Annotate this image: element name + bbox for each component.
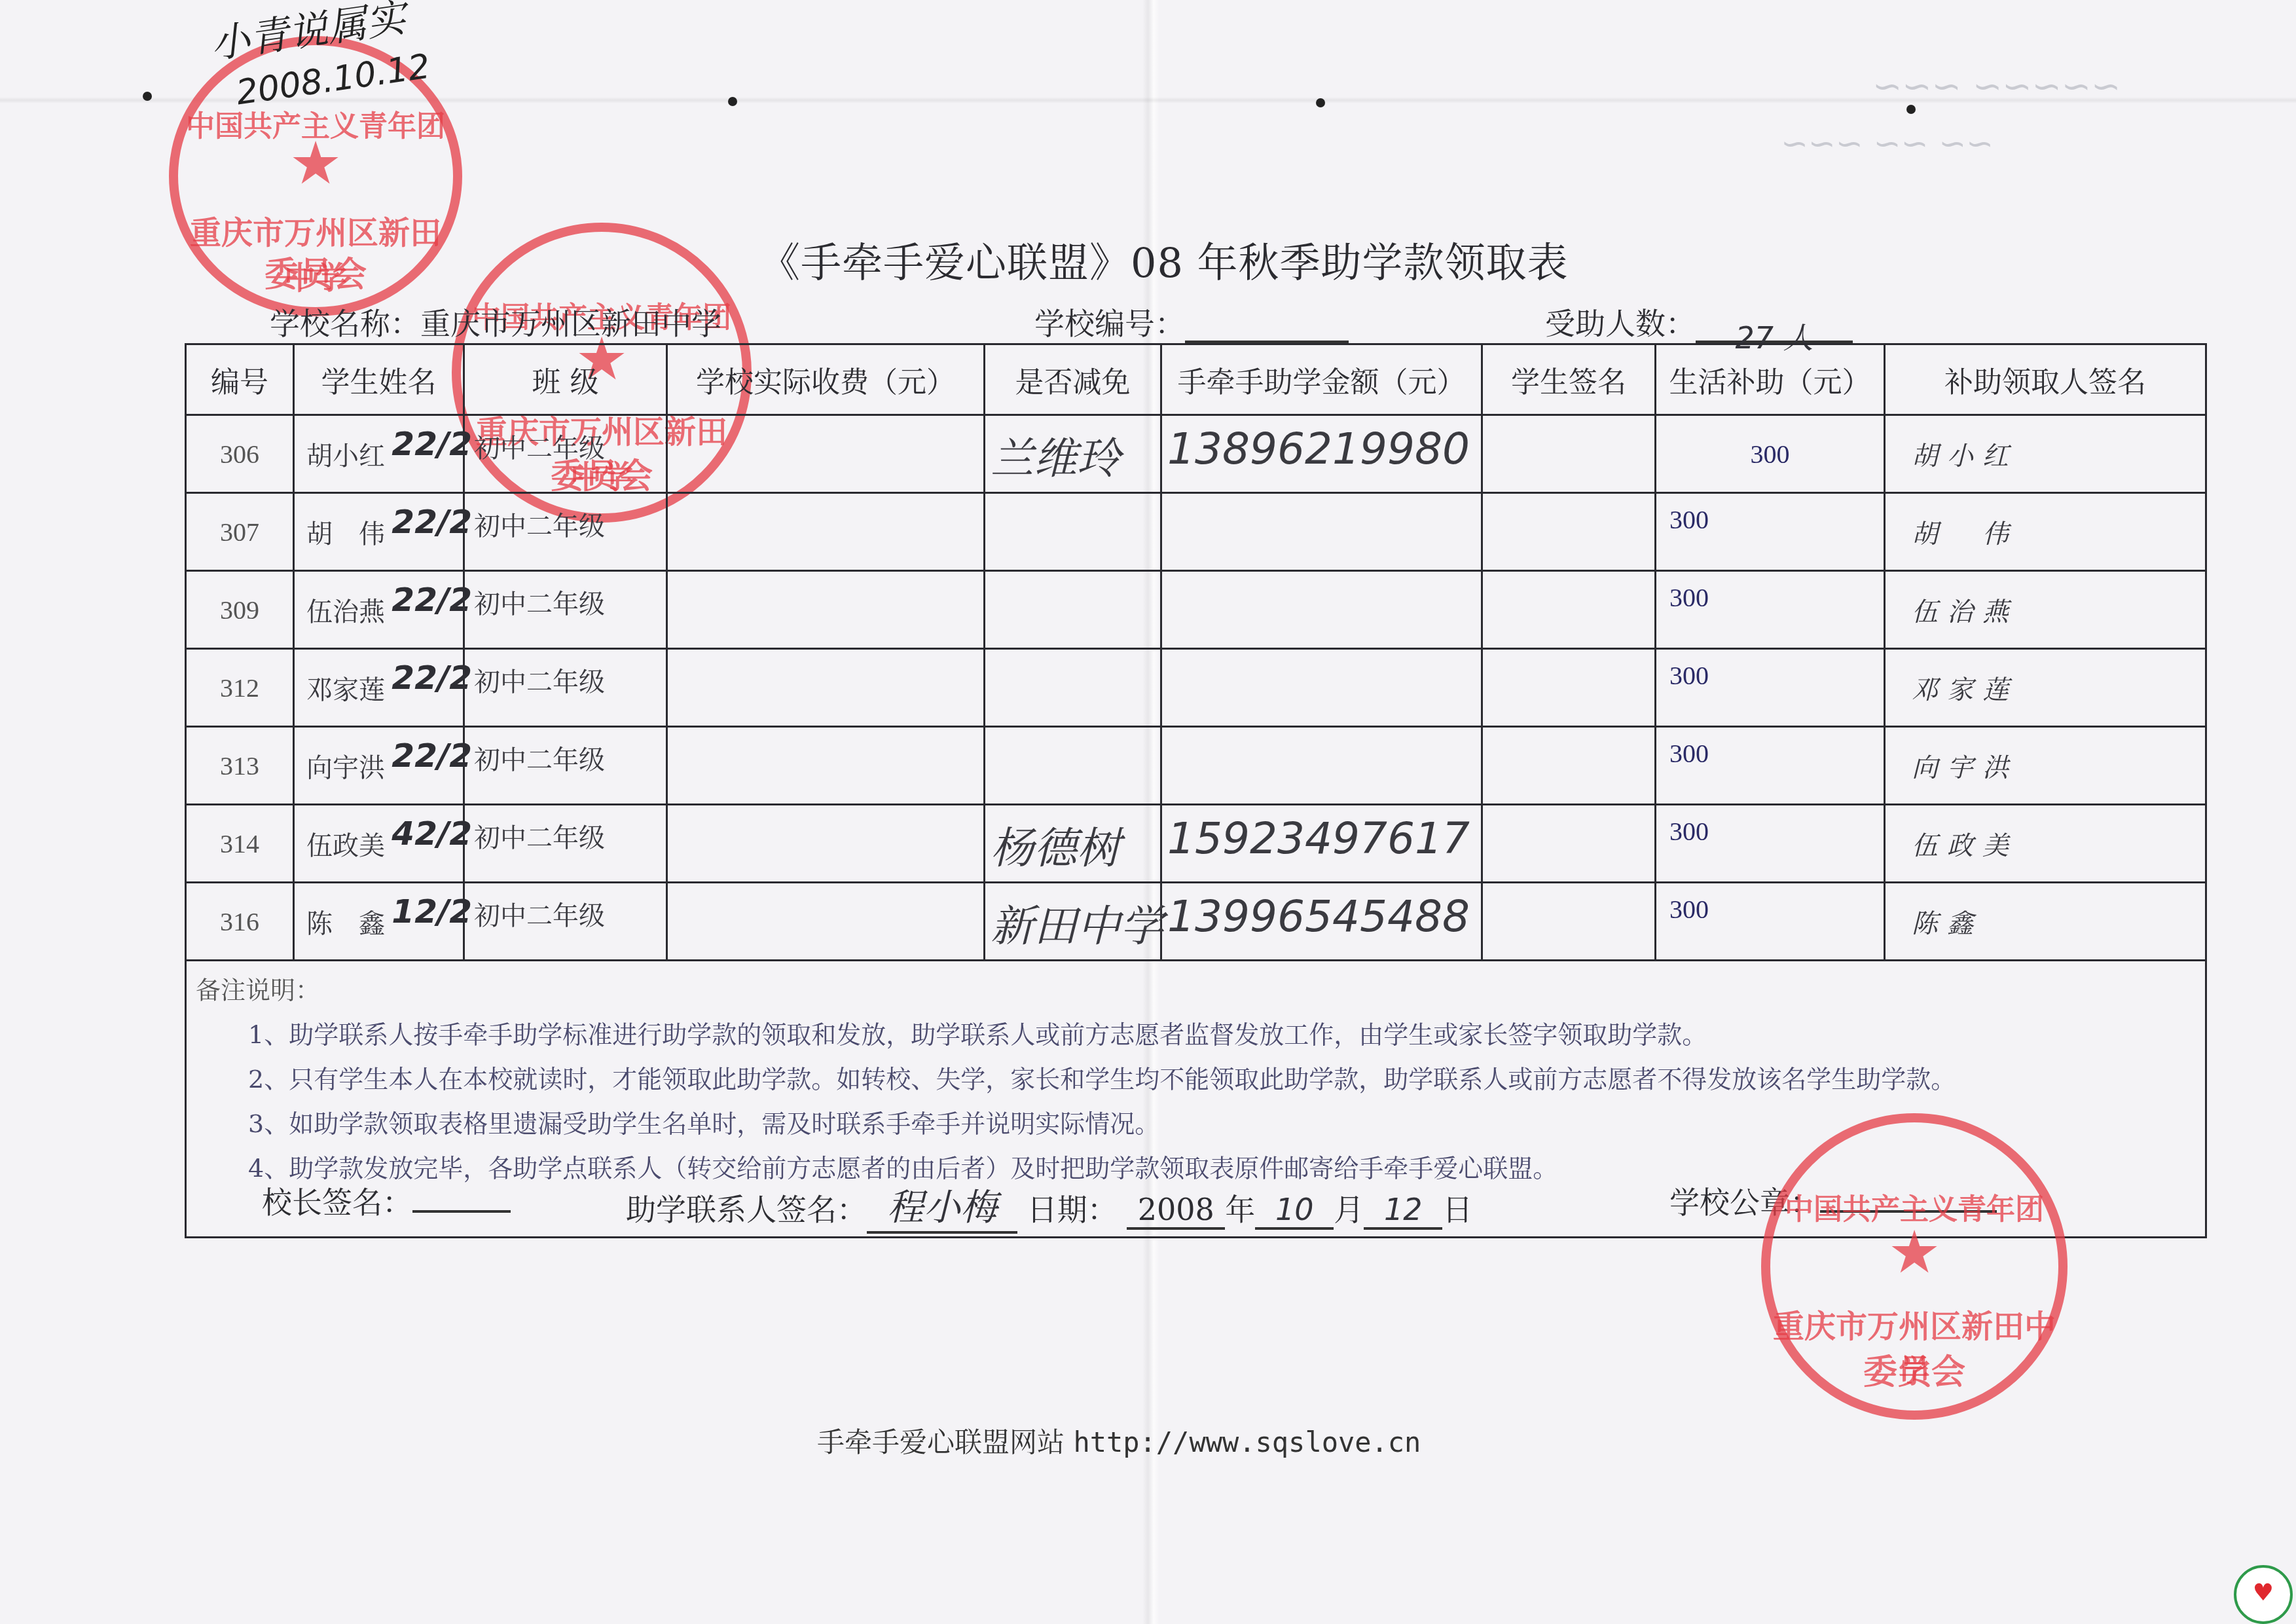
student-grade: 初中二年级 — [464, 883, 667, 961]
column-header: 生活补助（元） — [1656, 344, 1885, 415]
document-title: 《手牵手爱心联盟》08 年秋季助学款领取表 — [759, 231, 1569, 289]
student-grade: 初中二年级 — [464, 571, 667, 649]
student-signature — [1482, 415, 1656, 493]
living-subsidy: 300 — [1656, 493, 1885, 571]
receiver-signature: 胡 伟 — [1885, 493, 2206, 571]
receiver-signature-text: 邓家莲 — [1912, 675, 2018, 705]
student-name-text: 邓家莲 — [306, 675, 385, 705]
student-signature — [1482, 727, 1656, 805]
date-year: 2008 — [1127, 1192, 1225, 1230]
student-name-text: 胡 伟 — [306, 519, 385, 549]
student-number: 309 — [186, 571, 294, 649]
star-icon: ★ — [1888, 1218, 1941, 1287]
living-subsidy-text: 300 — [1669, 817, 1709, 846]
student-signature — [1482, 571, 1656, 649]
living-subsidy: 300 — [1656, 571, 1885, 649]
date-month: 10 — [1255, 1192, 1334, 1230]
receiver-signature: 向宇洪 — [1885, 727, 2206, 805]
column-header: 补助领取人签名 — [1885, 344, 2206, 415]
student-number-text: 309 — [220, 595, 259, 625]
living-subsidy-text: 300 — [1669, 661, 1709, 690]
living-subsidy-text: 300 — [1669, 583, 1709, 612]
column-header: 班 级 — [464, 344, 667, 415]
table-header-row: 编号 学生姓名 班 级 学校实际收费（元） 是否减免 手牵手助学金额（元） 学生… — [186, 344, 2206, 415]
fee-waiver — [985, 649, 1161, 727]
aid-amount: 15923497617 — [1161, 805, 1482, 883]
notes-label: 备注说明： — [196, 968, 2196, 1012]
handwritten-contact-name: 杨德树 — [991, 813, 1120, 876]
column-header: 学生姓名 — [294, 344, 464, 415]
student-name: 伍治燕22/2 — [294, 571, 464, 649]
student-name: 胡 伟22/2 — [294, 493, 464, 571]
student-number-text: 307 — [220, 517, 259, 547]
column-header: 手牵手助学金额（元） — [1161, 344, 1482, 415]
student-name-text: 伍治燕 — [306, 597, 385, 627]
school-code-value — [1185, 314, 1349, 343]
school-fee — [667, 805, 985, 883]
aid-amount — [1161, 649, 1482, 727]
table-row: 307胡 伟22/2初中二年级300胡 伟 — [186, 493, 2206, 571]
student-grade: 初中二年级 — [464, 805, 667, 883]
recipients-field: 受助人数：27 人 — [1545, 300, 1853, 343]
school-name-value: 重庆市万州区新田中学 — [420, 306, 721, 341]
school-fee — [667, 727, 985, 805]
student-number-text: 316 — [220, 907, 259, 936]
receiver-signature: 胡小红 — [1885, 415, 2206, 493]
living-subsidy: 300 — [1656, 415, 1885, 493]
bleed-through-text: ~~ ~~ ~~~ — [1781, 124, 1994, 162]
living-subsidy-text: 300 — [1751, 439, 1790, 469]
fee-waiver: 新田中学 — [985, 883, 1161, 961]
student-name: 伍政美42/2 — [294, 805, 464, 883]
receiver-signature-text: 胡小红 — [1912, 441, 2018, 471]
student-grade: 初中二年级 — [464, 649, 667, 727]
school-code-field: 学校编号： — [1034, 300, 1349, 343]
handwritten-contact-name: 兰维玲 — [991, 424, 1120, 486]
school-name-label: 学校名称： — [270, 306, 420, 341]
school-fee — [667, 883, 985, 961]
table-row: 312邓家莲22/2初中二年级300邓家莲 — [186, 649, 2206, 727]
handwritten-mark: 42/2 — [392, 815, 472, 853]
student-grade-text: 初中二年级 — [474, 511, 605, 542]
table-row: 309伍治燕22/2初中二年级300伍治燕 — [186, 571, 2206, 649]
living-subsidy: 300 — [1656, 805, 1885, 883]
handwritten-mark: 12/2 — [392, 893, 472, 931]
living-subsidy-text: 300 — [1669, 739, 1709, 768]
handwritten-mark: 22/2 — [392, 425, 472, 463]
student-name: 向宇洪22/2 — [294, 727, 464, 805]
footer-url[interactable]: http://www.sqslove.cn — [1073, 1426, 1421, 1458]
receiver-signature: 伍政美 — [1885, 805, 2206, 883]
column-header: 学校实际收费（元） — [667, 344, 985, 415]
student-name: 邓家莲22/2 — [294, 649, 464, 727]
fee-waiver — [985, 493, 1161, 571]
student-grade-text: 初中二年级 — [474, 589, 605, 619]
date-day: 12 — [1364, 1192, 1442, 1230]
student-name-text: 伍政美 — [306, 831, 385, 861]
stamp-text: 委员会 — [1770, 1344, 2058, 1393]
contact-signature-field: 助学联系人签名：程小梅 日期： 2008年10月12日 — [626, 1179, 1472, 1234]
handwritten-contact-phone: 15923497617 — [1167, 813, 1470, 864]
table-row: 314伍政美42/2初中二年级杨德树15923497617300伍政美 — [186, 805, 2206, 883]
day-unit: 日 — [1442, 1192, 1472, 1227]
receiver-signature-text: 伍治燕 — [1912, 597, 2018, 627]
school-fee — [667, 493, 985, 571]
student-number: 313 — [186, 727, 294, 805]
punch-hole — [143, 92, 152, 101]
bleed-through-text: ~~~~~ ~~~ — [1872, 65, 2121, 107]
contact-label: 助学联系人签名： — [626, 1192, 867, 1227]
student-signature — [1482, 649, 1656, 727]
student-number-text: 306 — [220, 439, 259, 469]
handwritten-mark: 22/2 — [392, 737, 472, 775]
aid-amount — [1161, 493, 1482, 571]
handwritten-mark: 22/2 — [392, 659, 472, 697]
handwritten-mark: 22/2 — [392, 503, 472, 541]
punch-hole — [1316, 98, 1325, 107]
student-grade: 初中二年级 — [464, 727, 667, 805]
receiver-signature: 陈鑫 — [1885, 883, 2206, 961]
school-fee — [667, 415, 985, 493]
note-item: 1、助学联系人按手牵手助学标准进行助学款的领取和发放，助学联系人或前方志愿者监督… — [196, 1012, 2196, 1057]
receiver-signature: 伍治燕 — [1885, 571, 2206, 649]
handwritten-contact-phone: 13996545488 — [1167, 891, 1470, 942]
heart-icon: ♥ — [2253, 1579, 2274, 1606]
principal-signature — [412, 1210, 511, 1213]
student-signature — [1482, 805, 1656, 883]
receiver-signature-text: 伍政美 — [1912, 831, 2018, 861]
school-code-label: 学校编号： — [1034, 306, 1185, 341]
stamp-text: 委员会 — [178, 247, 453, 296]
handwritten-contact-name: 新田中学 — [991, 891, 1163, 953]
column-header: 是否减免 — [985, 344, 1161, 415]
student-number: 314 — [186, 805, 294, 883]
school-fee — [667, 571, 985, 649]
punch-hole — [728, 97, 737, 106]
student-name-text: 胡小红 — [306, 441, 385, 471]
column-header: 学生签名 — [1482, 344, 1656, 415]
student-grade-text: 初中二年级 — [474, 745, 605, 775]
student-name-text: 陈 鑫 — [306, 909, 385, 939]
student-grade-text: 初中二年级 — [474, 667, 605, 697]
student-name: 胡小红22/2 — [294, 415, 464, 493]
student-number-text: 312 — [220, 673, 259, 703]
aid-amount — [1161, 571, 1482, 649]
aid-amount: 13996545488 — [1161, 883, 1482, 961]
student-signature — [1482, 883, 1656, 961]
receiver-signature-text: 向宇洪 — [1912, 753, 2018, 783]
student-signature — [1482, 493, 1656, 571]
student-number-text: 314 — [220, 829, 259, 858]
fee-waiver: 兰维玲 — [985, 415, 1161, 493]
year-unit: 年 — [1225, 1192, 1255, 1227]
official-stamp: 中国共产主义青年团 ★ 重庆市万州区新田中学 委员会 — [1761, 1113, 2068, 1420]
student-grade-text: 初中二年级 — [474, 901, 605, 931]
month-unit: 月 — [1334, 1192, 1364, 1227]
student-grade-text: 初中二年级 — [474, 823, 605, 853]
receiver-signature-text: 陈鑫 — [1912, 909, 1982, 939]
fee-waiver — [985, 727, 1161, 805]
student-grade: 初中二年级 — [464, 493, 667, 571]
fee-waiver: 杨德树 — [985, 805, 1161, 883]
living-subsidy: 300 — [1656, 883, 1885, 961]
student-number: 307 — [186, 493, 294, 571]
aid-amount: 13896219980 — [1161, 415, 1482, 493]
star-icon: ★ — [289, 129, 342, 198]
living-subsidy-text: 300 — [1669, 895, 1709, 924]
living-subsidy: 300 — [1656, 649, 1885, 727]
principal-label: 校长签名： — [262, 1185, 412, 1220]
receiver-signature: 邓家莲 — [1885, 649, 2206, 727]
footer-site-label: 手牵手爱心联盟网站 — [817, 1426, 1065, 1458]
principal-signature-field: 校长签名： — [262, 1179, 511, 1222]
aid-amount — [1161, 727, 1482, 805]
handwritten-mark: 22/2 — [392, 581, 472, 619]
table-row: 313向宇洪22/2初中二年级300向宇洪 — [186, 727, 2206, 805]
date-label: 日期： — [1027, 1192, 1118, 1227]
fee-waiver — [985, 571, 1161, 649]
table-row: 316陈 鑫12/2初中二年级新田中学13996545488300陈鑫 — [186, 883, 2206, 961]
contact-signature: 程小梅 — [867, 1179, 1017, 1234]
student-number: 316 — [186, 883, 294, 961]
aid-receipt-table: 编号 学生姓名 班 级 学校实际收费（元） 是否减免 手牵手助学金额（元） 学生… — [185, 343, 2207, 1238]
student-number: 312 — [186, 649, 294, 727]
footer: 手牵手爱心联盟网站 http://www.sqslove.cn — [817, 1421, 1421, 1460]
column-header: 编号 — [186, 344, 294, 415]
living-subsidy: 300 — [1656, 727, 1885, 805]
living-subsidy-text: 300 — [1669, 505, 1709, 534]
heart-hands-logo-icon: ♥ — [2234, 1565, 2293, 1624]
receiver-signature-text: 胡 伟 — [1912, 519, 2018, 549]
student-grade-text: 初中二年级 — [474, 434, 605, 464]
recipients-count: 27 人 — [1696, 314, 1853, 343]
student-name: 陈 鑫12/2 — [294, 883, 464, 961]
school-fee — [667, 649, 985, 727]
student-name-text: 向宇洪 — [306, 753, 385, 783]
student-number-text: 313 — [220, 751, 259, 781]
school-name-field: 学校名称：重庆市万州区新田中学 — [270, 300, 721, 343]
note-item: 2、只有学生本人在本校就读时，才能领取此助学款。如转校、失学，家长和学生均不能领… — [196, 1057, 2196, 1101]
table-row: 306胡小红22/2初中二年级兰维玲13896219980300胡小红 — [186, 415, 2206, 493]
handwritten-contact-phone: 13896219980 — [1167, 424, 1470, 474]
student-grade: 初中二年级 — [464, 415, 667, 493]
student-number: 306 — [186, 415, 294, 493]
recipients-label: 受助人数： — [1545, 306, 1696, 341]
